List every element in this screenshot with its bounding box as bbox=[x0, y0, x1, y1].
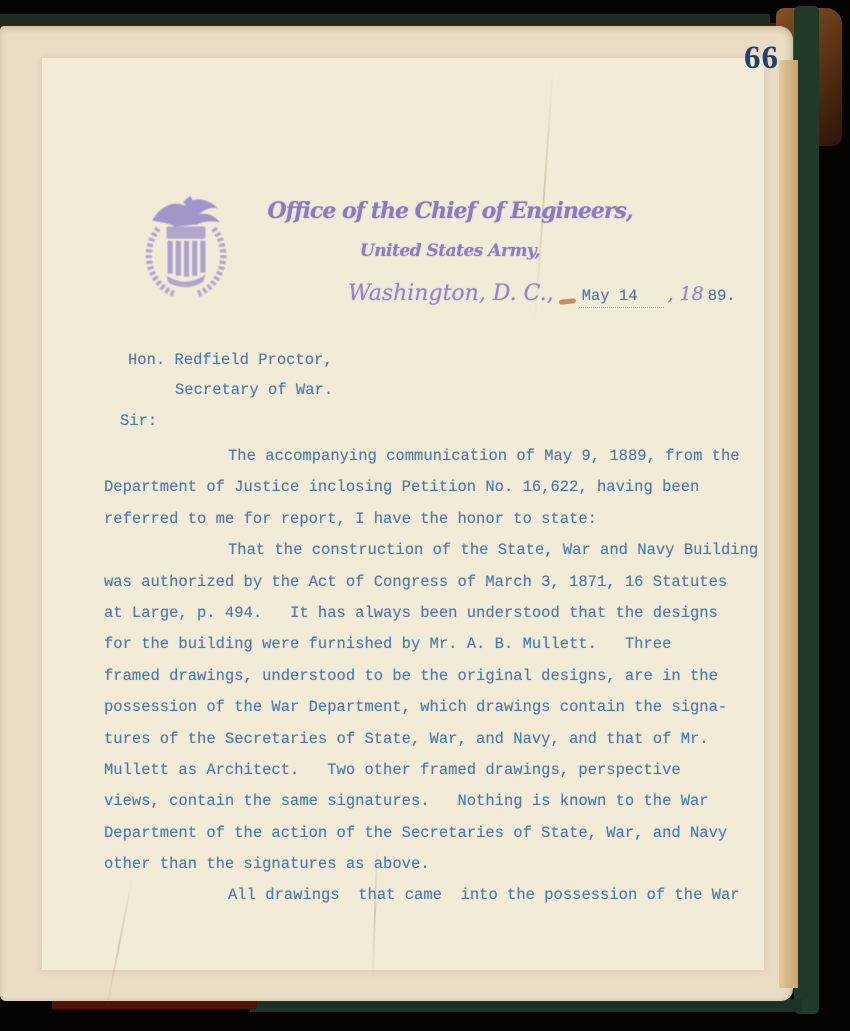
typed-date: May 14 bbox=[579, 287, 664, 308]
ink-stain bbox=[558, 298, 575, 305]
scanned-letter-page: 66 Office of the Chief of Engineers, Uni… bbox=[0, 0, 850, 1031]
letter-body-line: possession of the War Department, which … bbox=[104, 692, 769, 723]
page-number: 66 bbox=[744, 40, 779, 77]
letterhead-office-line: Office of the Chief of Engineers, bbox=[255, 198, 645, 224]
letterhead-date-line: Washington, D. C., May 14 , 18 89. bbox=[348, 281, 736, 308]
letterhead-army-line: United States Army, bbox=[255, 241, 645, 261]
recipient-line: Hon. Redfield Proctor, bbox=[128, 351, 333, 369]
letter-body-line: referred to me for report, I have the ho… bbox=[104, 504, 769, 535]
recipient-title-line: Secretary of War. bbox=[175, 381, 333, 399]
letter-body-line: views, contain the same signatures. Noth… bbox=[104, 786, 769, 817]
letter-body-line: All drawings that came into the possessi… bbox=[104, 880, 769, 911]
letter-body-line: Mullett as Architect. Two other framed d… bbox=[104, 755, 769, 786]
printed-year-prefix: , 18 bbox=[668, 283, 704, 305]
letter-body-line: at Large, p. 494. It has always been und… bbox=[104, 598, 769, 629]
page-stack-edge bbox=[779, 60, 798, 988]
letterhead-place: Washington, D. C., bbox=[348, 281, 554, 306]
letter-body-line: other than the signatures as above. bbox=[104, 849, 769, 880]
typed-year: 89. bbox=[708, 287, 736, 305]
letter-body-line: tures of the Secretaries of State, War, … bbox=[104, 724, 769, 755]
letter-body-line: The accompanying communication of May 9,… bbox=[104, 441, 769, 472]
eagle-crest-stamp-icon bbox=[144, 193, 228, 299]
letter-body-line: for the building were furnished by Mr. A… bbox=[104, 629, 769, 660]
letter-body-line: Department of the action of the Secretar… bbox=[104, 818, 769, 849]
letter-body-line: framed drawings, understood to be the or… bbox=[104, 661, 769, 692]
letter-body-line: was authorized by the Act of Congress of… bbox=[104, 567, 769, 598]
letter-body: The accompanying communication of May 9,… bbox=[104, 441, 769, 912]
salutation-line: Sir: bbox=[120, 412, 157, 430]
letter-body-line: Department of Justice inclosing Petition… bbox=[104, 472, 769, 503]
letter-body-line: That the construction of the State, War … bbox=[104, 535, 769, 566]
